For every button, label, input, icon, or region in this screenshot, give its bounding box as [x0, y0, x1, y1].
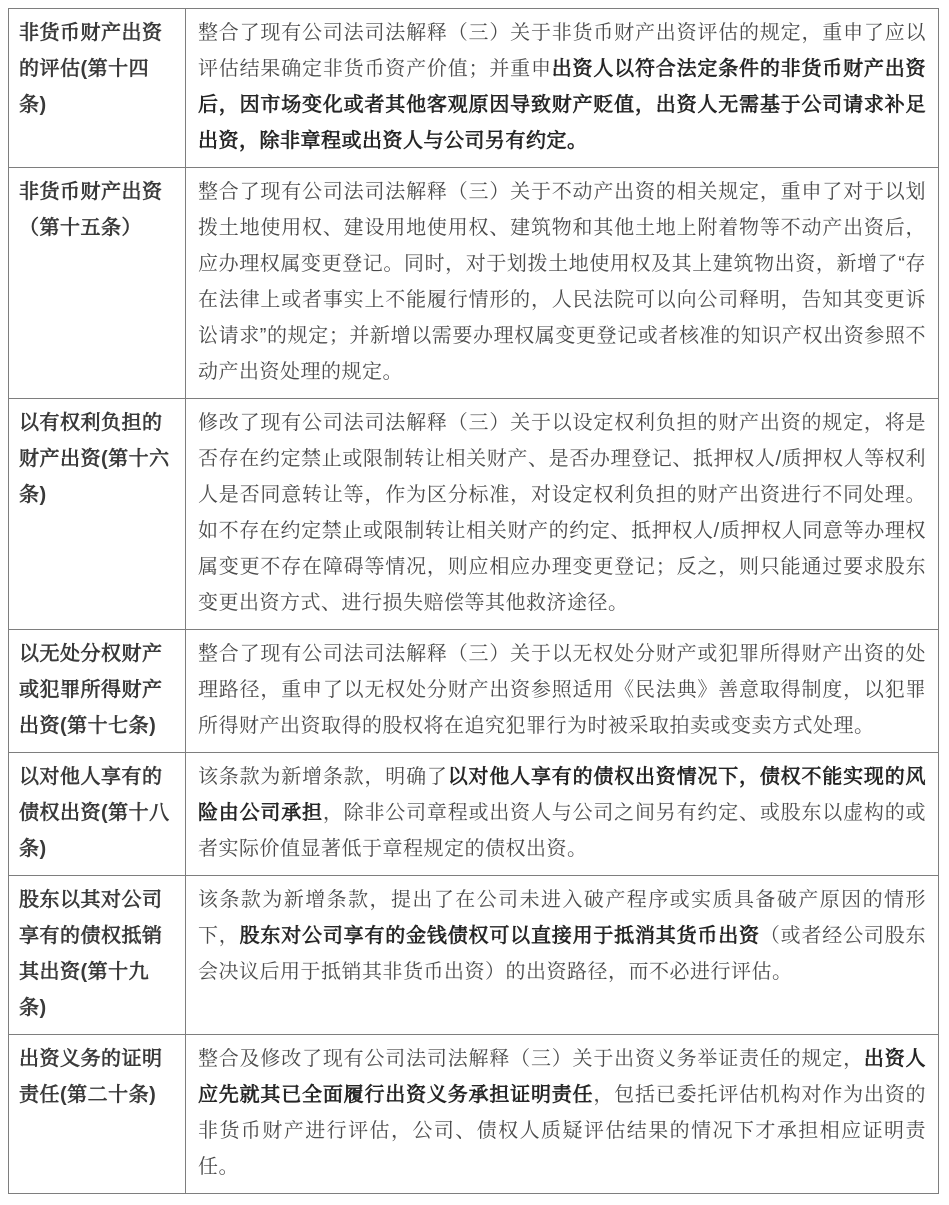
description-segment: 整合及修改了现有公司法司法解释（三）关于出资义务举证责任的规定， [198, 1048, 864, 1070]
row-title: 以对他人享有的债权出资(第十八条) [9, 753, 186, 876]
description-segment: 整合了现有公司法司法解释（三）关于以无权处分财产或犯罪所得财产出资的处理路径，重… [198, 643, 926, 737]
description-bold-segment: 股东对公司享有的金钱债权可以直接用于抵消其货币出资 [240, 925, 760, 947]
row-description: 整合了现有公司法司法解释（三）关于不动产出资的相关规定，重申了对于以划拨土地使用… [186, 168, 939, 399]
row-description: 整合了现有公司法司法解释（三）关于以无权处分财产或犯罪所得财产出资的处理路径，重… [186, 630, 939, 753]
row-title: 非货币财产出资的评估(第十四条) [9, 9, 186, 168]
row-description: 该条款为新增条款，明确了以对他人享有的债权出资情况下，债权不能实现的风险由公司承… [186, 753, 939, 876]
table-row: 出资义务的证明责任(第二十条) 整合及修改了现有公司法司法解释（三）关于出资义务… [9, 1035, 939, 1194]
description-segment: 该条款为新增条款，明确了 [198, 766, 448, 788]
table-row: 非货币财产出资的评估(第十四条) 整合了现有公司法司法解释（三）关于非货币财产出… [9, 9, 939, 168]
table-row: 以对他人享有的债权出资(第十八条) 该条款为新增条款，明确了以对他人享有的债权出… [9, 753, 939, 876]
table-row: 股东以其对公司享有的债权抵销其出资(第十九条) 该条款为新增条款，提出了在公司未… [9, 876, 939, 1035]
table-body: 非货币财产出资的评估(第十四条) 整合了现有公司法司法解释（三）关于非货币财产出… [9, 9, 939, 1194]
row-description: 该条款为新增条款，提出了在公司未进入破产程序或实质具备破产原因的情形下，股东对公… [186, 876, 939, 1035]
row-description: 整合及修改了现有公司法司法解释（三）关于出资义务举证责任的规定，出资人应先就其已… [186, 1035, 939, 1194]
table-row: 非货币财产出资（第十五条） 整合了现有公司法司法解释（三）关于不动产出资的相关规… [9, 168, 939, 399]
row-title: 以有权利负担的财产出资(第十六条) [9, 399, 186, 630]
row-description: 整合了现有公司法司法解释（三）关于非货币财产出资评估的规定，重申了应以评估结果确… [186, 9, 939, 168]
description-segment: 修改了现有公司法司法解释（三）关于以设定权利负担的财产出资的规定，将是否存在约定… [198, 412, 926, 614]
description-segment: 整合了现有公司法司法解释（三）关于不动产出资的相关规定，重申了对于以划拨土地使用… [198, 181, 926, 383]
row-title: 以无处分权财产或犯罪所得财产出资(第十七条) [9, 630, 186, 753]
row-title: 出资义务的证明责任(第二十条) [9, 1035, 186, 1194]
row-description: 修改了现有公司法司法解释（三）关于以设定权利负担的财产出资的规定，将是否存在约定… [186, 399, 939, 630]
row-title: 非货币财产出资（第十五条） [9, 168, 186, 399]
row-title: 股东以其对公司享有的债权抵销其出资(第十九条) [9, 876, 186, 1035]
table-row: 以有权利负担的财产出资(第十六条) 修改了现有公司法司法解释（三）关于以设定权利… [9, 399, 939, 630]
table-row: 以无处分权财产或犯罪所得财产出资(第十七条) 整合了现有公司法司法解释（三）关于… [9, 630, 939, 753]
legal-provisions-table: 非货币财产出资的评估(第十四条) 整合了现有公司法司法解释（三）关于非货币财产出… [8, 8, 939, 1194]
document-page: 非货币财产出资的评估(第十四条) 整合了现有公司法司法解释（三）关于非货币财产出… [0, 0, 949, 1194]
